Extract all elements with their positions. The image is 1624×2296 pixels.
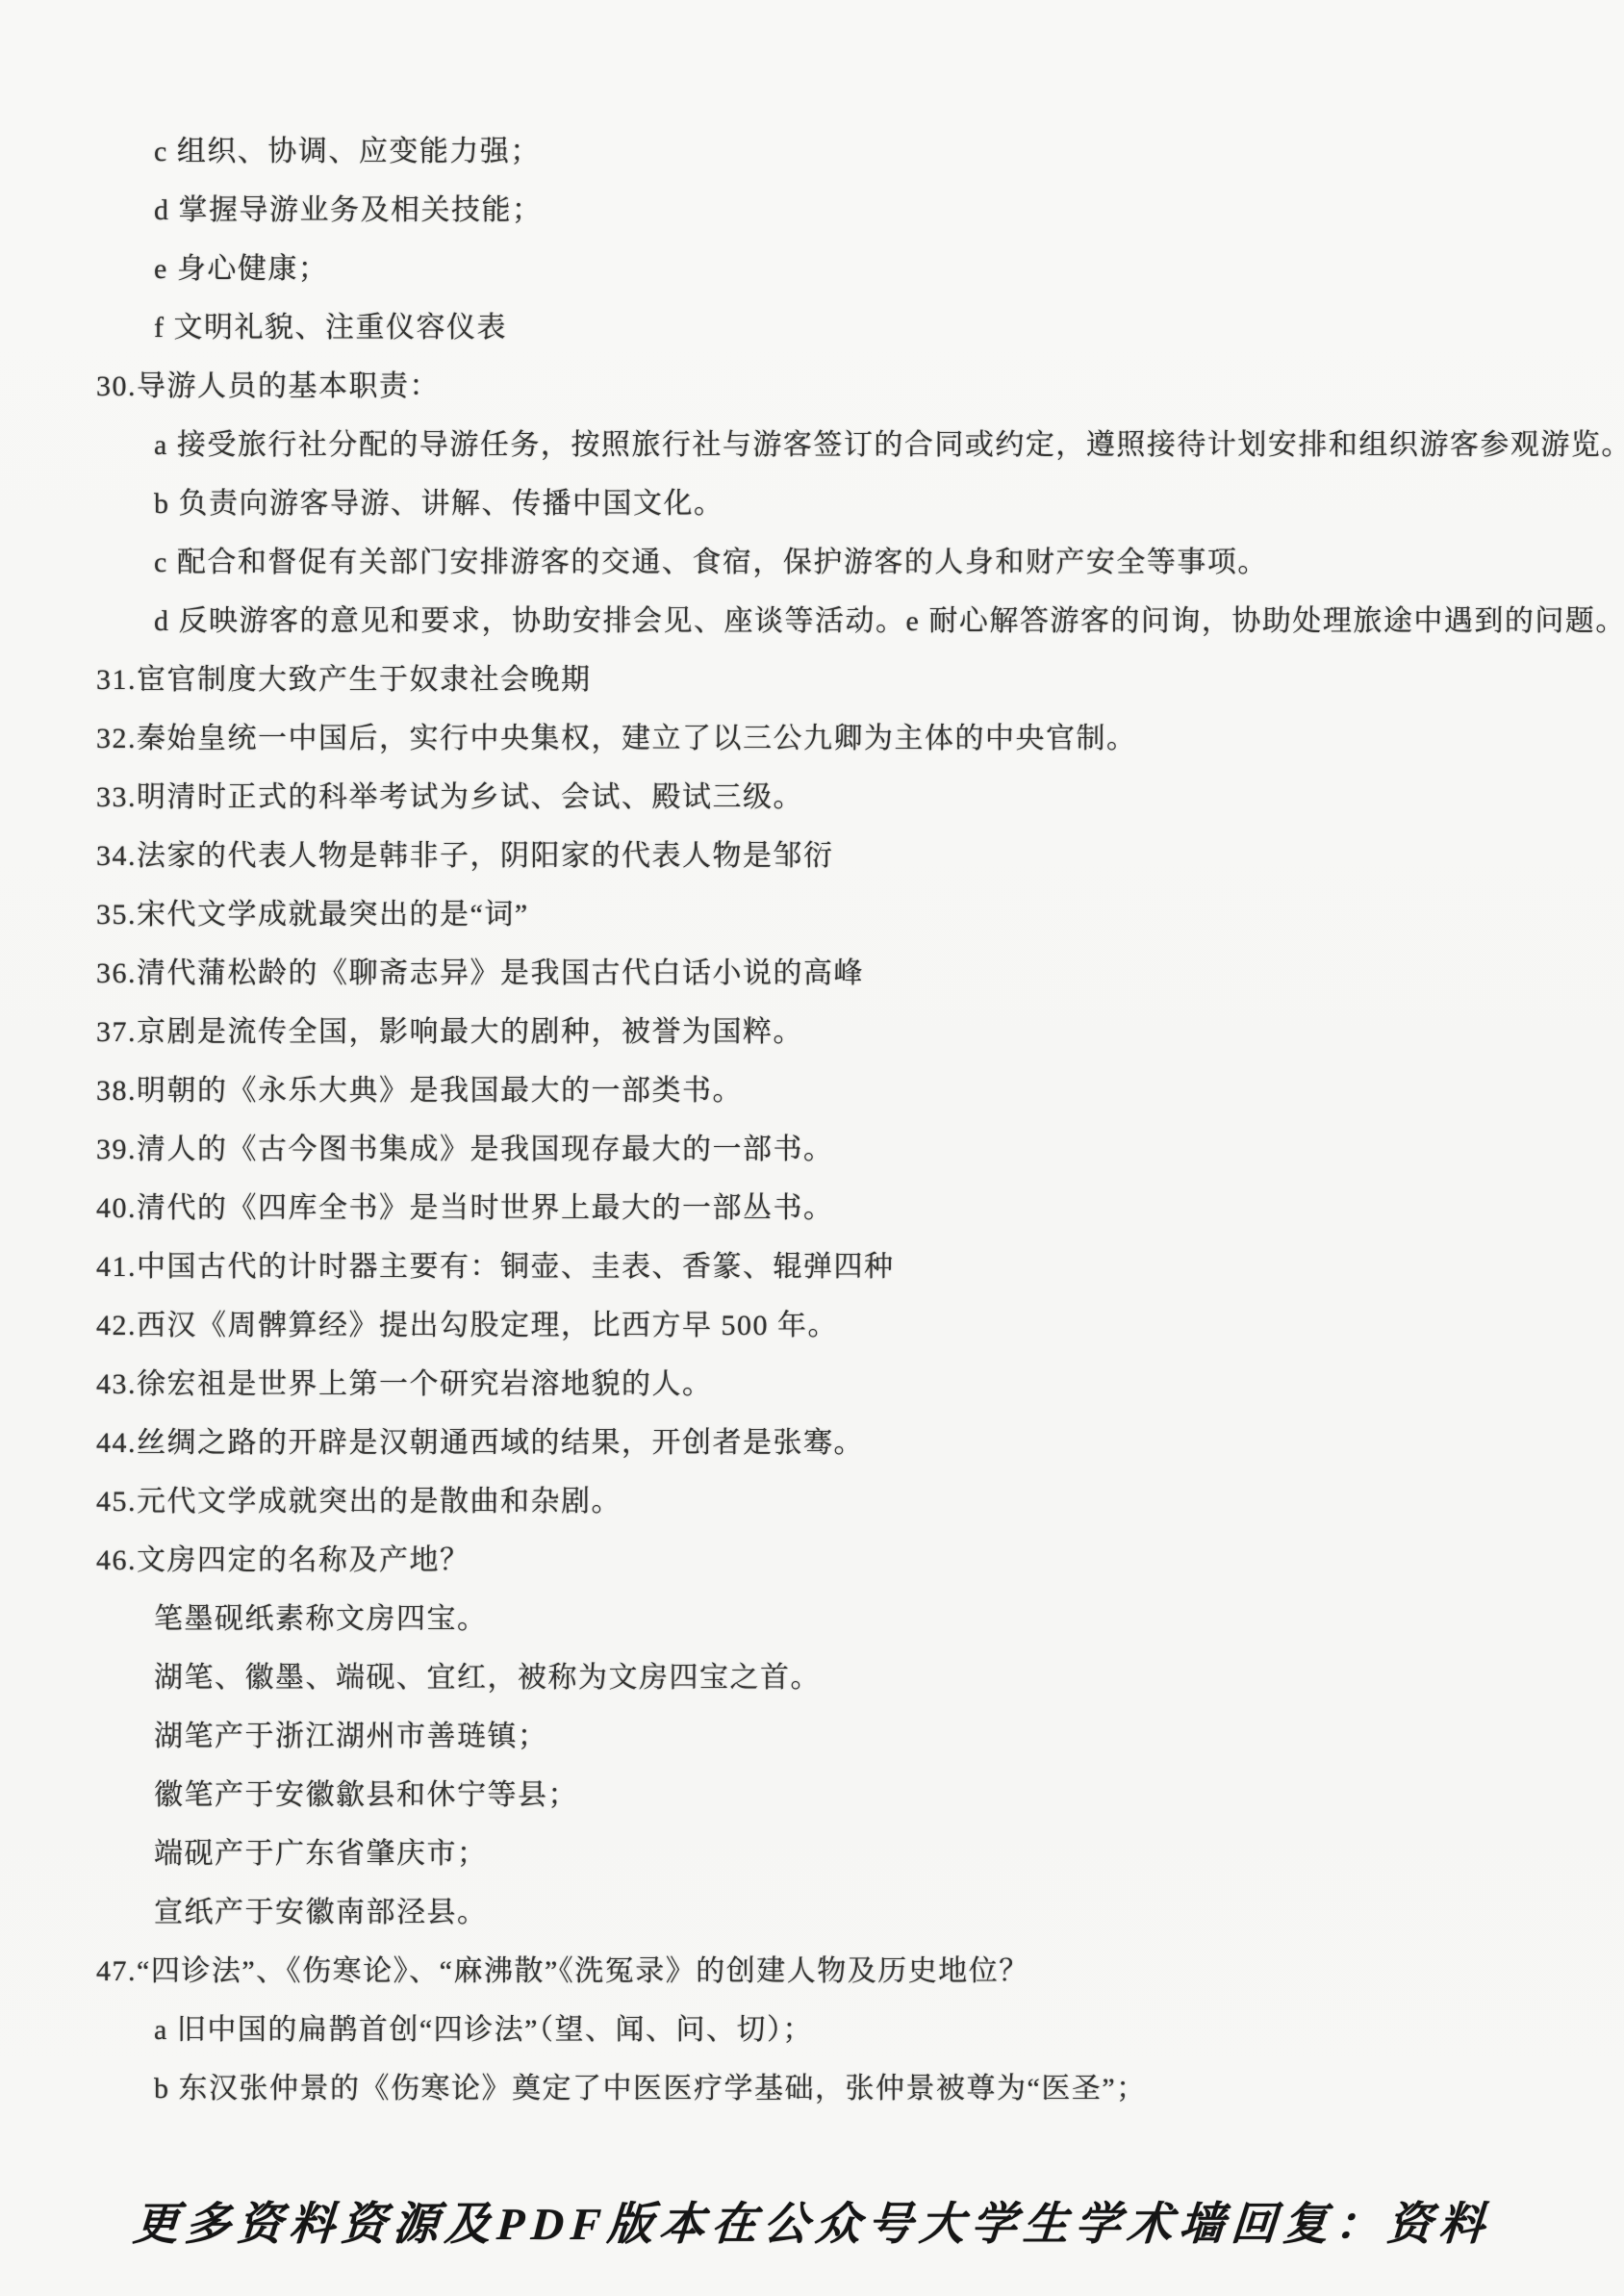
- item-44: 44.丝绸之路的开辟是汉朝通西域的结果，开创者是张骞。: [0, 1426, 1624, 1485]
- answer-30-d-e: d 反映游客的意见和要求，协助安排会见、座谈等活动。e 耐心解答游客的问询，协助…: [0, 604, 1624, 663]
- item-35: 35.宋代文学成就最突出的是“词”: [0, 898, 1624, 957]
- answer-30-b: b 负责向游客导游、讲解、传播中国文化。: [0, 487, 1624, 546]
- answer-30-c: c 配合和督促有关部门安排游客的交通、食宿，保护游客的人身和财产安全等事项。: [0, 546, 1624, 604]
- item-37: 37.京剧是流传全国，影响最大的剧种，被誉为国粹。: [0, 1015, 1624, 1074]
- answer-item-e: e 身心健康；: [0, 252, 1624, 311]
- question-46: 46.文房四定的名称及产地？: [0, 1543, 1624, 1602]
- item-38: 38.明朝的《永乐大典》是我国最大的一部类书。: [0, 1074, 1624, 1133]
- answer-30-a: a 接受旅行社分配的导游任务，按照旅行社与游客签订的合同或约定，遵照接待计划安排…: [0, 428, 1624, 487]
- item-32: 32.秦始皇统一中国后，实行中央集权，建立了以三公九卿为主体的中央官制。: [0, 722, 1624, 780]
- answer-item-d: d 掌握导游业务及相关技能；: [0, 193, 1624, 252]
- scanned-document-page: c 组织、协调、应变能力强； d 掌握导游业务及相关技能； e 身心健康； f …: [0, 0, 1624, 2296]
- item-42: 42.西汉《周髀算经》提出勾股定理，比西方早 500 年。: [0, 1309, 1624, 1367]
- answer-47-b: b 东汉张仲景的《伤寒论》奠定了中医医疗学基础，张仲景被尊为“医圣”；: [0, 2072, 1624, 2130]
- item-36: 36.清代蒲松龄的《聊斋志异》是我国古代白话小说的高峰: [0, 957, 1624, 1015]
- document-body: c 组织、协调、应变能力强； d 掌握导游业务及相关技能； e 身心健康； f …: [0, 135, 1624, 2130]
- item-31: 31.宦官制度大致产生于奴隶社会晚期: [0, 663, 1624, 722]
- answer-46-line-3: 湖笔产于浙江湖州市善琏镇；: [0, 1720, 1624, 1778]
- answer-46-line-1: 笔墨砚纸素称文房四宝。: [0, 1602, 1624, 1661]
- question-30: 30.导游人员的基本职责：: [0, 370, 1624, 428]
- item-34: 34.法家的代表人物是韩非子，阴阳家的代表人物是邹衍: [0, 839, 1624, 898]
- item-45: 45.元代文学成就突出的是散曲和杂剧。: [0, 1485, 1624, 1543]
- item-41: 41.中国古代的计时器主要有：铜壶、圭表、香篆、辊弹四种: [0, 1250, 1624, 1309]
- answer-46-line-4: 徽笔产于安徽歙县和休宁等县；: [0, 1778, 1624, 1837]
- answer-46-line-5: 端砚产于广东省肇庆市；: [0, 1837, 1624, 1896]
- item-43: 43.徐宏祖是世界上第一个研究岩溶地貌的人。: [0, 1367, 1624, 1426]
- item-33: 33.明清时正式的科举考试为乡试、会试、殿试三级。: [0, 780, 1624, 839]
- item-39: 39.清人的《古今图书集成》是我国现存最大的一部书。: [0, 1133, 1624, 1191]
- answer-item-c: c 组织、协调、应变能力强；: [0, 135, 1624, 193]
- answer-47-a: a 旧中国的扁鹊首创“四诊法”（望、闻、问、切）；: [0, 2013, 1624, 2072]
- answer-46-line-2: 湖笔、徽墨、端砚、宜红，被称为文房四宝之首。: [0, 1661, 1624, 1720]
- question-47: 47.“四诊法”、《伤寒论》、“麻沸散”《洗冤录》的创建人物及历史地位？: [0, 1954, 1624, 2013]
- item-40: 40.清代的《四库全书》是当时世界上最大的一部丛书。: [0, 1191, 1624, 1250]
- watermark-footer: 更多资料资源及PDF版本在公众号大学生学术墙回复：资料: [0, 2196, 1624, 2254]
- answer-46-line-6: 宣纸产于安徽南部泾县。: [0, 1896, 1624, 1954]
- answer-item-f: f 文明礼貌、注重仪容仪表: [0, 311, 1624, 370]
